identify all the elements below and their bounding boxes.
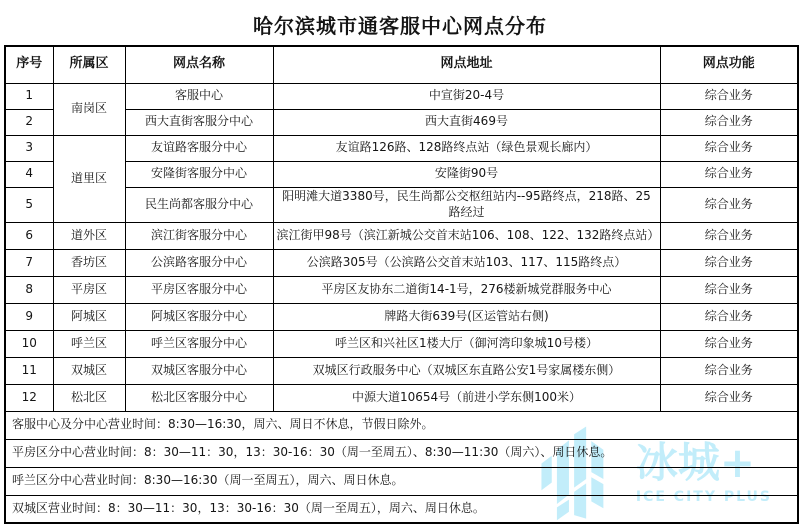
cell-function: 综合业务 — [660, 187, 798, 222]
cell-no: 3 — [5, 135, 53, 161]
cell-no: 8 — [5, 276, 53, 303]
col-header-address: 网点地址 — [273, 46, 660, 83]
col-header-function: 网点功能 — [660, 46, 798, 83]
cell-no: 10 — [5, 330, 53, 357]
table-row: 1 南岗区 客服中心 中宣街20-4号 综合业务 — [5, 83, 798, 109]
cell-function: 综合业务 — [660, 276, 798, 303]
cell-address: 公滨路305号（公滨路公交首末站103、117、115路终点） — [273, 249, 660, 276]
cell-address: 中宣街20-4号 — [273, 83, 660, 109]
table-row: 12 松北区 松北区客服分中心 中源大道10654号（前进小学东侧100米） 综… — [5, 384, 798, 411]
cell-no: 6 — [5, 222, 53, 249]
col-header-district: 所属区 — [53, 46, 125, 83]
cell-name: 公滨路客服分中心 — [125, 249, 273, 276]
business-hours-note: 客服中心及分中心营业时间：8:30—16:30，周六、周日不休息，节假日除外。 — [5, 411, 798, 439]
table-row: 8 平房区 平房区客服分中心 平房区友协东二道街14-1号，276楼新城党群服务… — [5, 276, 798, 303]
cell-district: 香坊区 — [53, 249, 125, 276]
col-header-name: 网点名称 — [125, 46, 273, 83]
cell-function: 综合业务 — [660, 330, 798, 357]
cell-district: 道外区 — [53, 222, 125, 249]
cell-address: 滨江街甲98号（滨江新城公交首末站106、108、122、132路终点站） — [273, 222, 660, 249]
table-row: 9 阿城区 阿城区客服分中心 牌路大街639号(区运管站右侧) 综合业务 — [5, 303, 798, 330]
cell-district: 南岗区 — [53, 83, 125, 135]
cell-name: 西大直街客服分中心 — [125, 109, 273, 135]
cell-function: 综合业务 — [660, 109, 798, 135]
cell-name: 阿城区客服分中心 — [125, 303, 273, 330]
cell-no: 4 — [5, 161, 53, 187]
note-row: 双城区营业时间：8：30—11：30，13：30-16：30（周一至周五），周六… — [5, 495, 798, 523]
col-header-no: 序号 — [5, 46, 53, 83]
note-row: 呼兰区分中心营业时间：8:30—16:30（周一至周五），周六、周日休息。 — [5, 467, 798, 495]
business-hours-note: 平房区分中心营业时间：8：30—11：30，13：30-16：30（周一至周五）… — [5, 439, 798, 467]
table-row: 10 呼兰区 呼兰区客服分中心 呼兰区和兴社区1楼大厅（御河湾印象城10号楼） … — [5, 330, 798, 357]
cell-no: 11 — [5, 357, 53, 384]
cell-no: 7 — [5, 249, 53, 276]
cell-name: 平房区客服分中心 — [125, 276, 273, 303]
cell-function: 综合业务 — [660, 83, 798, 109]
cell-name: 松北区客服分中心 — [125, 384, 273, 411]
cell-name: 双城区客服分中心 — [125, 357, 273, 384]
cell-district: 平房区 — [53, 276, 125, 303]
cell-function: 综合业务 — [660, 161, 798, 187]
cell-district: 松北区 — [53, 384, 125, 411]
note-row: 平房区分中心营业时间：8：30—11：30，13：30-16：30（周一至周五）… — [5, 439, 798, 467]
header-row: 序号 所属区 网点名称 网点地址 网点功能 — [5, 46, 798, 83]
cell-function: 综合业务 — [660, 303, 798, 330]
cell-function: 综合业务 — [660, 135, 798, 161]
business-hours-note: 呼兰区分中心营业时间：8:30—16:30（周一至周五），周六、周日休息。 — [5, 467, 798, 495]
cell-name: 友谊路客服分中心 — [125, 135, 273, 161]
note-row: 客服中心及分中心营业时间：8:30—16:30，周六、周日不休息，节假日除外。 — [5, 411, 798, 439]
cell-name: 呼兰区客服分中心 — [125, 330, 273, 357]
cell-address: 友谊路126路、128路终点站（绿色景观长廊内） — [273, 135, 660, 161]
cell-function: 综合业务 — [660, 222, 798, 249]
cell-address: 平房区友协东二道街14-1号，276楼新城党群服务中心 — [273, 276, 660, 303]
cell-function: 综合业务 — [660, 357, 798, 384]
cell-name: 客服中心 — [125, 83, 273, 109]
cell-function: 综合业务 — [660, 249, 798, 276]
cell-address: 阳明滩大道3380号，民生尚都公交枢纽站内--95路终点，218路、25路经过 — [273, 187, 660, 222]
cell-district: 呼兰区 — [53, 330, 125, 357]
table-row: 11 双城区 双城区客服分中心 双城区行政服务中心（双城区东直路公安1号家属楼东… — [5, 357, 798, 384]
cell-no: 5 — [5, 187, 53, 222]
table-row: 7 香坊区 公滨路客服分中心 公滨路305号（公滨路公交首末站103、117、1… — [5, 249, 798, 276]
cell-address: 中源大道10654号（前进小学东侧100米） — [273, 384, 660, 411]
cell-no: 12 — [5, 384, 53, 411]
cell-address: 双城区行政服务中心（双城区东直路公安1号家属楼东侧） — [273, 357, 660, 384]
cell-name: 滨江街客服分中心 — [125, 222, 273, 249]
branch-table: 序号 所属区 网点名称 网点地址 网点功能 1 南岗区 客服中心 中宣街20-4… — [4, 45, 799, 524]
cell-address: 西大直街469号 — [273, 109, 660, 135]
table-row: 6 道外区 滨江街客服分中心 滨江街甲98号（滨江新城公交首末站106、108、… — [5, 222, 798, 249]
cell-district: 道里区 — [53, 135, 125, 222]
business-hours-note: 双城区营业时间：8：30—11：30，13：30-16：30（周一至周五），周六… — [5, 495, 798, 523]
cell-address: 呼兰区和兴社区1楼大厅（御河湾印象城10号楼） — [273, 330, 660, 357]
cell-no: 2 — [5, 109, 53, 135]
cell-address: 安隆街90号 — [273, 161, 660, 187]
cell-district: 阿城区 — [53, 303, 125, 330]
cell-district: 双城区 — [53, 357, 125, 384]
cell-name: 安隆街客服分中心 — [125, 161, 273, 187]
cell-no: 9 — [5, 303, 53, 330]
page-title: 哈尔滨城市通客服中心网点分布 — [0, 10, 800, 39]
cell-address: 牌路大街639号(区运管站右侧) — [273, 303, 660, 330]
cell-function: 综合业务 — [660, 384, 798, 411]
cell-name: 民生尚都客服分中心 — [125, 187, 273, 222]
cell-no: 1 — [5, 83, 53, 109]
table-row: 3 道里区 友谊路客服分中心 友谊路126路、128路终点站（绿色景观长廊内） … — [5, 135, 798, 161]
